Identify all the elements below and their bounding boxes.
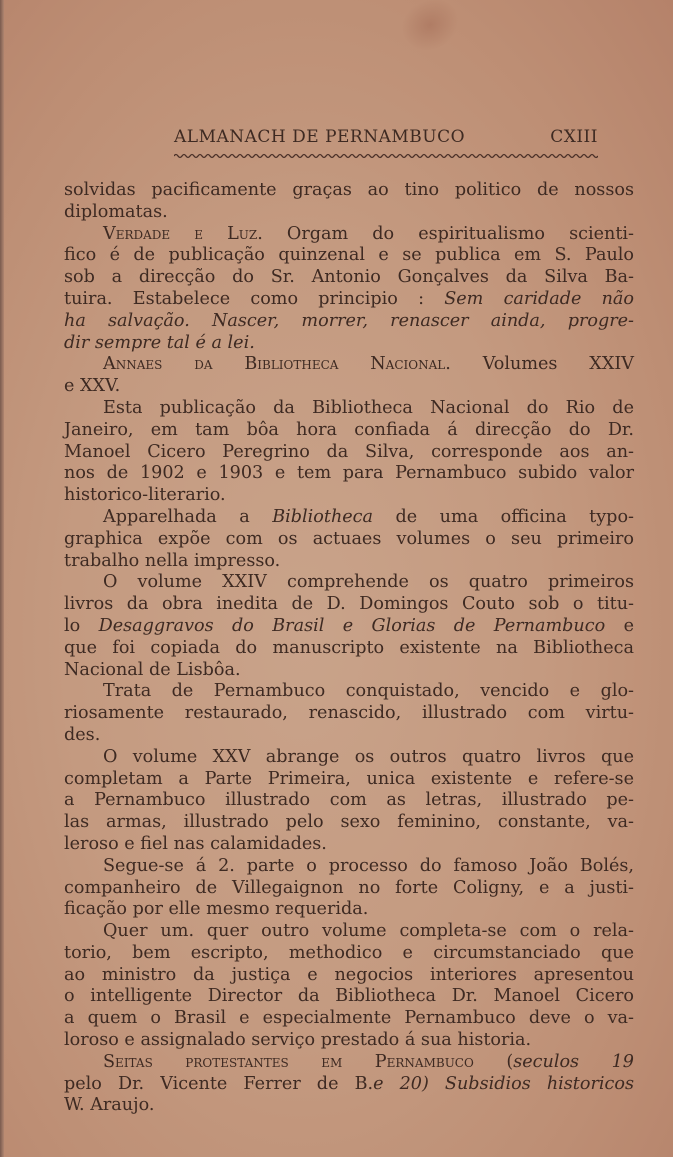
text-run: des. [64, 725, 100, 745]
text-line: Quer um. quer outro volume completa-se c… [64, 921, 634, 943]
text-run: e XXV. [64, 376, 120, 396]
page-number: CXIII [550, 127, 598, 147]
text-line: W. Araujo. [64, 1095, 634, 1117]
text-run: Segue-se á 2. parte o processo do famoso… [103, 856, 634, 876]
text-line: Janeiro, em tam bôa hora confiada á dire… [64, 420, 634, 442]
text-line: solvidas pacificamente graças ao tino po… [64, 180, 634, 202]
section-heading: Verdade e Luz. [103, 224, 263, 244]
text-run: Apparelhada a [103, 507, 272, 527]
italic-text: Sem caridade não [444, 289, 634, 309]
text-run: torio, bem escripto, methodico e circums… [64, 943, 634, 963]
text-run: nos de 1902 e 1903 e tem para Pernambuco… [64, 463, 634, 483]
text-run: W. Araujo. [64, 1095, 154, 1115]
text-line: Apparelhada a Bibliotheca de uma officin… [64, 507, 634, 529]
wavy-rule [174, 152, 598, 160]
text-run: companheiro de Villegaignon no forte Col… [64, 878, 634, 898]
text-line: riosamente restaurado, renascido, illust… [64, 703, 634, 725]
text-run: Trata de Pernambuco conquistado, vencido… [103, 681, 634, 701]
text-run: Quer um. quer outro volume completa-se c… [103, 921, 634, 941]
text-line: ao ministro da justiça e negocios interi… [64, 965, 634, 987]
text-run: historico-literario. [64, 485, 226, 505]
text-line: torio, bem escripto, methodico e circums… [64, 943, 634, 965]
text-line: Verdade e Luz. Orgam do espiritualismo s… [64, 224, 634, 246]
text-run: graphica expõe com os actuaes volumes o … [64, 529, 634, 549]
text-run: solvidas pacificamente graças ao tino po… [64, 180, 634, 200]
text-run: ao ministro da justiça e negocios interi… [64, 965, 634, 985]
text-line: e XXV. [64, 376, 634, 398]
text-run: que foi copiada do manuscripto existente… [64, 638, 634, 658]
text-run: lo [64, 616, 99, 636]
text-line: ficação por elle mesmo requerida. [64, 899, 634, 921]
text-run: diplomatas. [64, 202, 168, 222]
text-run: Nacional de Lisbôa. [64, 660, 241, 680]
text-line: O volume XXIV comprehende os quatro prim… [64, 572, 634, 594]
page-edge [0, 0, 4, 1157]
text-line: trabalho nella impresso. [64, 551, 634, 573]
text-run: Janeiro, em tam bôa hora confiada á dire… [64, 420, 634, 440]
text-line: livros da obra inedita de D. Domingos Co… [64, 594, 634, 616]
text-line: Trata de Pernambuco conquistado, vencido… [64, 681, 634, 703]
text-run: livros da obra inedita de D. Domingos Co… [64, 594, 634, 614]
body-text: solvidas pacificamente graças ao tino po… [64, 180, 634, 1117]
text-run: pelo Dr. Vicente Ferrer de B. [64, 1074, 373, 1094]
text-line: Seitas protestantes em Pernambuco (secul… [64, 1052, 634, 1074]
text-line: Esta publicação da Bibliotheca Nacional … [64, 398, 634, 420]
text-run: completam a Parte Primeira, unica existe… [64, 769, 634, 789]
text-run: Esta publicação da Bibliotheca Nacional … [103, 398, 634, 418]
text-line: Nacional de Lisbôa. [64, 660, 634, 682]
text-run: las armas, illustrado pelo sexo feminino… [64, 812, 634, 832]
text-line: Annaes da Bibliotheca Nacional. Volumes … [64, 354, 634, 376]
text-line: las armas, illustrado pelo sexo feminino… [64, 812, 634, 834]
text-run: riosamente restaurado, renascido, illust… [64, 703, 634, 723]
text-run: sob a direcção do Sr. Antonio Gonçalves … [64, 267, 634, 287]
text-run: loroso e assignalado serviço prestado á … [64, 1030, 531, 1050]
text-line: diplomatas. [64, 202, 634, 224]
text-line: que foi copiada do manuscripto existente… [64, 638, 634, 660]
paper-stain [392, 0, 469, 62]
italic-text: Desaggravos do Brasil e Glorias de Perna… [99, 616, 606, 636]
text-run: Orgam do espiritualismo scienti- [263, 224, 634, 244]
text-line: sob a direcção do Sr. Antonio Gonçalves … [64, 267, 634, 289]
running-title: ALMANACH DE PERNAMBUCO [174, 127, 465, 147]
text-run: tuira. Estabelece como principio : [64, 289, 444, 309]
text-line: leroso e fiel nas calamidades. [64, 834, 634, 856]
text-line: graphica expõe com os actuaes volumes o … [64, 529, 634, 551]
text-line: O volume XXV abrange os outros quatro li… [64, 747, 634, 769]
text-line: loroso e assignalado serviço prestado á … [64, 1030, 634, 1052]
italic-text: Bibliotheca [272, 507, 373, 527]
text-run: O volume XXV abrange os outros quatro li… [103, 747, 634, 767]
italic-text: dir sempre tal é a lei. [64, 333, 255, 353]
running-header: ALMANACH DE PERNAMBUCO CXIII [174, 127, 598, 151]
text-run: trabalho nella impresso. [64, 551, 280, 571]
text-line: historico-literario. [64, 485, 634, 507]
text-line: nos de 1902 e 1903 e tem para Pernambuco… [64, 463, 634, 485]
text-line: tuira. Estabelece como principio : Sem c… [64, 289, 634, 311]
text-line: dir sempre tal é a lei. [64, 333, 634, 355]
italic-text: seculos 19 [513, 1052, 634, 1072]
text-line: des. [64, 725, 634, 747]
text-run: e [605, 616, 634, 636]
text-line: Manoel Cicero Peregrino da Silva, corres… [64, 442, 634, 464]
text-line: o intelligente Director da Bibliotheca D… [64, 986, 634, 1008]
text-line: pelo Dr. Vicente Ferrer de B.e 20) Subsi… [64, 1074, 634, 1096]
text-run: ( [474, 1052, 513, 1072]
text-line: companheiro de Villegaignon no forte Col… [64, 878, 634, 900]
text-line: completam a Parte Primeira, unica existe… [64, 769, 634, 791]
italic-text: e 20) Subsidios historicos [373, 1074, 634, 1094]
text-run: de uma officina typo- [373, 507, 634, 527]
section-heading: Annaes da Bibliotheca Nacional. [103, 354, 451, 374]
text-line: ha salvação. Nascer, morrer, renascer ai… [64, 311, 634, 333]
text-run: fico é de publicação quinzenal e se publ… [64, 245, 634, 265]
text-run: ficação por elle mesmo requerida. [64, 899, 368, 919]
text-line: lo Desaggravos do Brasil e Glorias de Pe… [64, 616, 634, 638]
text-run: Manoel Cicero Peregrino da Silva, corres… [64, 442, 634, 462]
section-heading: Seitas protestantes em Pernambuco [103, 1052, 474, 1072]
italic-text: ha salvação. Nascer, morrer, renascer ai… [64, 311, 634, 331]
text-line: a Pernambuco illustrado com as letras, i… [64, 790, 634, 812]
text-run: a quem o Brasil e especialmente Pernambu… [64, 1008, 634, 1028]
text-line: fico é de publicação quinzenal e se publ… [64, 245, 634, 267]
text-run: Volumes XXIV [451, 354, 634, 374]
text-line: a quem o Brasil e especialmente Pernambu… [64, 1008, 634, 1030]
text-line: Segue-se á 2. parte o processo do famoso… [64, 856, 634, 878]
text-run: leroso e fiel nas calamidades. [64, 834, 327, 854]
text-run: o intelligente Director da Bibliotheca D… [64, 986, 634, 1006]
text-run: a Pernambuco illustrado com as letras, i… [64, 790, 634, 810]
text-run: O volume XXIV comprehende os quatro prim… [103, 572, 634, 592]
